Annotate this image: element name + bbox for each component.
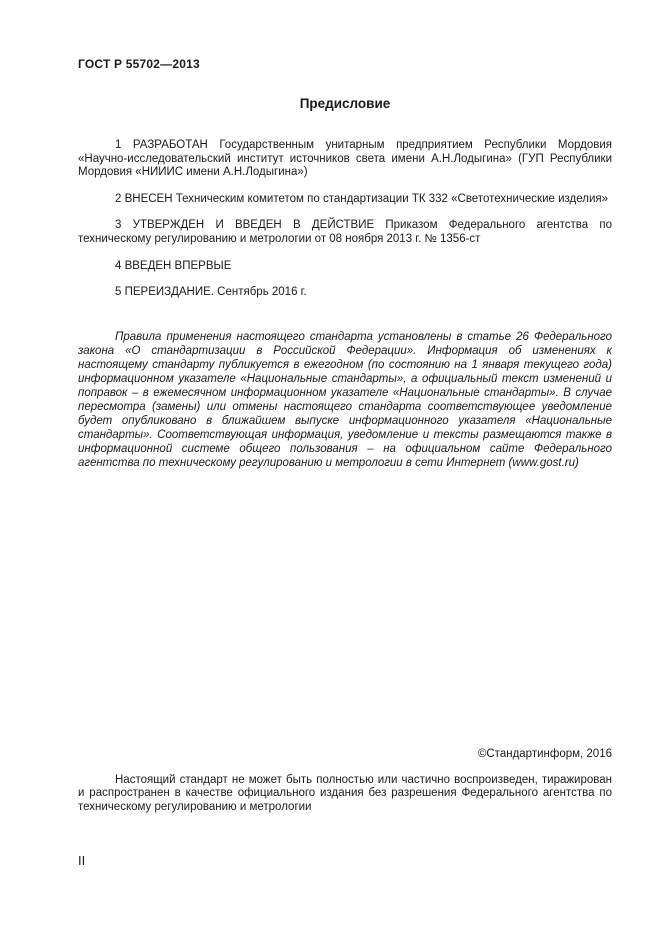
section-title: Предисловие <box>78 96 612 111</box>
document-page: ГОСТ Р 55702—2013 Предисловие 1 РАЗРАБОТ… <box>0 0 661 936</box>
foreword-item-reissue: 5 ПЕРЕИЗДАНИЕ. Сентябрь 2016 г. <box>78 286 612 300</box>
foreword-item-submitted: 2 ВНЕСЕН Техническим комитетом по станда… <box>78 193 612 207</box>
reproduction-restriction-note: Настоящий стандарт не может быть полност… <box>78 774 612 815</box>
legal-application-note: Правила применения настоящего стандарта … <box>78 330 612 470</box>
foreword-item-first-edition: 4 ВВЕДЕН ВПЕРВЫЕ <box>78 260 612 274</box>
foreword-item-approved: 3 УТВЕРЖДЕН И ВВЕДЕН В ДЕЙСТВИЕ Приказом… <box>78 219 612 246</box>
bottom-block: ©Стандартинформ, 2016 Настоящий стандарт… <box>78 748 612 814</box>
foreword-list: 1 РАЗРАБОТАН Государственным унитарным п… <box>78 139 612 300</box>
document-code: ГОСТ Р 55702—2013 <box>78 57 612 71</box>
foreword-item-developed: 1 РАЗРАБОТАН Государственным унитарным п… <box>78 139 612 180</box>
page-number: II <box>78 853 85 868</box>
copyright-notice: ©Стандартинформ, 2016 <box>78 748 612 762</box>
